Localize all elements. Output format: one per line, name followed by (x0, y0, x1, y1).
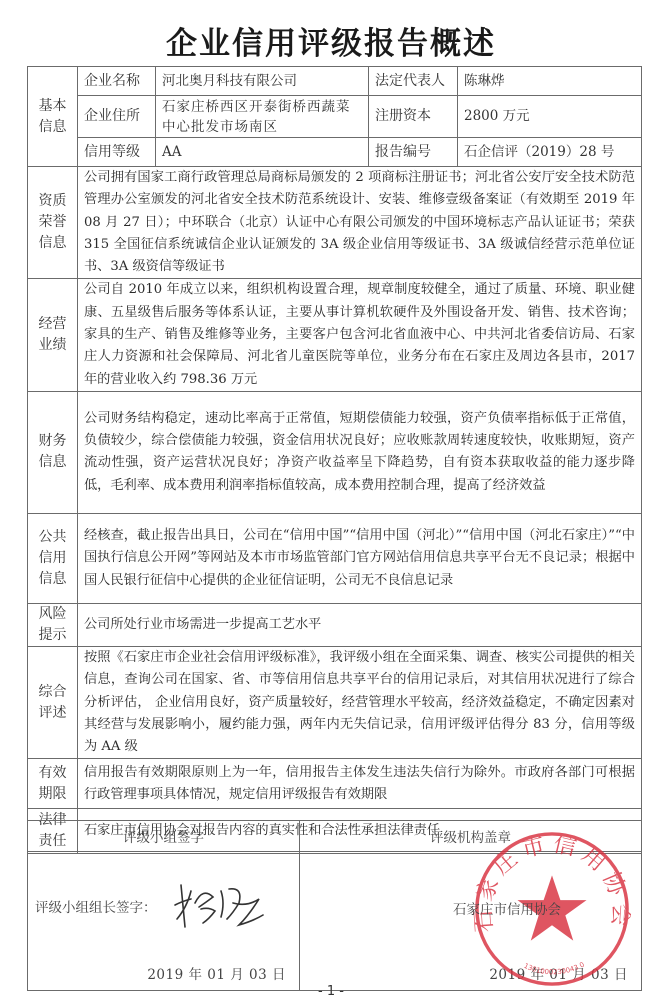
section-text-validity: 信用报告有效期限原则上为一年，信用报告主体发生违法失信行为除外。市政府各部门可根… (78, 759, 642, 809)
section-text-finance: 公司财务结构稳定，速动比率高于正常值，短期偿债能力较强，资产负债率指标低于正常值… (78, 391, 642, 513)
report-table: 基本 信息 企业名称 河北奥月科技有限公司 法定代表人 陈琳烨 企业住所 石家庄… (27, 66, 642, 854)
section-label-summary: 综合 评述 (28, 646, 78, 758)
label-line: 基本 (28, 96, 77, 117)
report-no-value: 石企信评（2019）28 号 (458, 138, 642, 167)
label-line: 有效 (28, 763, 77, 784)
credit-grade-value: AA (156, 138, 369, 167)
label-line: 经营 (28, 314, 77, 335)
leader-sign-label: 评级小组组长签字： (35, 896, 157, 916)
section-risk: 风险 提示 公司所处行业市场需进一步提高工艺水平 (28, 603, 642, 646)
label-line: 信息 (28, 117, 77, 138)
legal-rep-label: 法定代表人 (369, 67, 458, 96)
address-value: 石家庄桥西区开泰街桥西蔬菜中心批发市场南区 (156, 96, 369, 138)
label-line: 业绩 (28, 335, 77, 356)
section-text-public-credit: 经核查，截止报告出具日，公司在“信用中国”“信用中国（河北）”“信用中国（河北石… (78, 513, 642, 603)
label-line: 评述 (28, 703, 77, 724)
org-seal-date: 2019 年 01 月 03 日 (489, 963, 628, 983)
capital-value: 2800 万元 (458, 96, 642, 138)
label-line: 信息 (28, 452, 77, 473)
label-line: 综合 (28, 682, 77, 703)
label-line: 荣誉 (28, 212, 77, 233)
page-number: - 1 - (0, 984, 662, 999)
label-line: 风险 (28, 604, 77, 625)
leader-sign-date: 2019 年 01 月 03 日 (147, 963, 286, 983)
section-text-risk: 公司所处行业市场需进一步提高工艺水平 (78, 603, 642, 646)
rating-group-sign-cell: 评级小组组长签字： 2019 年 01 月 03 日 (28, 852, 300, 991)
section-label-risk: 风险 提示 (28, 603, 78, 646)
section-label-basic-info: 基本 信息 (28, 67, 78, 167)
rating-org-seal-cell: 石家庄市信用协会 2019 年 01 月 03 日 (300, 852, 642, 991)
org-name: 石家庄市信用协会 (453, 898, 561, 918)
section-label-qualification: 资质 荣誉 信息 (28, 167, 78, 279)
credit-grade-label: 信用等级 (78, 138, 156, 167)
label-line: 财务 (28, 431, 77, 452)
company-name-label: 企业名称 (78, 67, 156, 96)
document-title: 企业信用评级报告概述 (0, 18, 662, 63)
section-label-public-credit: 公共 信用 信息 (28, 513, 78, 603)
label-line: 信息 (28, 233, 77, 254)
section-label-finance: 财务 信息 (28, 391, 78, 513)
label-line: 期限 (28, 784, 77, 805)
section-business: 经营 业绩 公司自 2010 年成立以来，组织机构设置合理，规章制度较健全，通过… (28, 279, 642, 391)
label-line: 信息 (28, 569, 77, 590)
section-public-credit: 公共 信用 信息 经核查，截止报告出具日，公司在“信用中国”“信用中国（河北）”… (28, 513, 642, 603)
section-qualification: 资质 荣誉 信息 公司拥有国家工商行政管理总局商标局颁发的 2 项商标注册证书；… (28, 167, 642, 279)
section-label-business: 经营 业绩 (28, 279, 78, 391)
capital-label: 注册资本 (369, 96, 458, 138)
label-line: 信用 (28, 548, 77, 569)
label-line: 提示 (28, 625, 77, 646)
report-no-label: 报告编号 (369, 138, 458, 167)
section-label-validity: 有效 期限 (28, 759, 78, 809)
label-line: 公共 (28, 527, 77, 548)
section-text-qualification: 公司拥有国家工商行政管理总局商标局颁发的 2 项商标注册证书；河北省公安厅安全技… (78, 167, 642, 279)
section-finance: 财务 信息 公司财务结构稳定，速动比率高于正常值，短期偿债能力较强，资产负债率指… (28, 391, 642, 513)
company-name-value: 河北奥月科技有限公司 (156, 67, 369, 96)
section-text-summary: 按照《石家庄市企业社会信用评级标准》，我评级小组在全面采集、调查、核实公司提供的… (78, 646, 642, 758)
label-line: 资质 (28, 191, 77, 212)
section-text-business: 公司自 2010 年成立以来，组织机构设置合理，规章制度较健全，通过了质量、环境… (78, 279, 642, 391)
section-summary: 综合 评述 按照《石家庄市企业社会信用评级标准》，我评级小组在全面采集、调查、核… (28, 646, 642, 758)
address-label: 企业住所 (78, 96, 156, 138)
rating-org-seal-header: 评级机构盖章 (300, 821, 642, 852)
section-validity: 有效 期限 信用报告有效期限原则上为一年，信用报告主体发生违法失信行为除外。市政… (28, 759, 642, 809)
rating-group-sign-header: 评级小组签字 (28, 821, 300, 852)
legal-rep-value: 陈琳烨 (458, 67, 642, 96)
signature-table: 评级小组签字 评级机构盖章 评级小组组长签字： (27, 820, 642, 991)
handwritten-signature-icon (169, 873, 269, 933)
